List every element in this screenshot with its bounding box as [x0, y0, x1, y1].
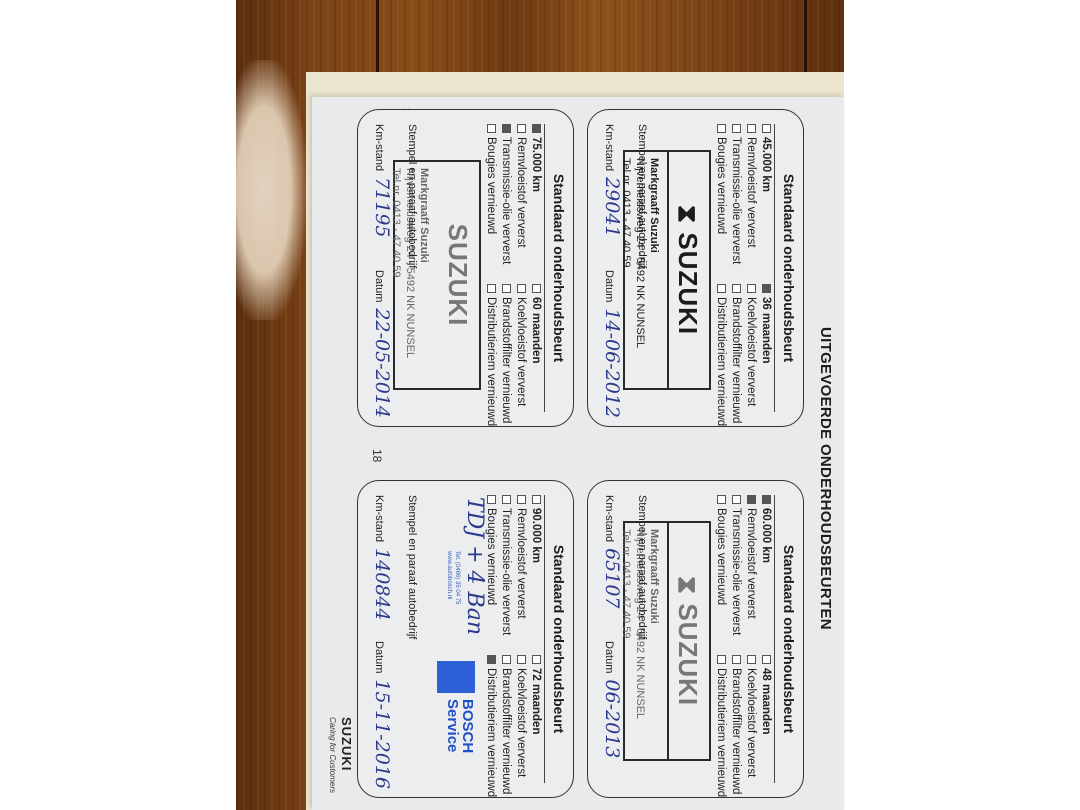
- dealer-name: Markgraaff Suzuki: [417, 168, 431, 358]
- date-field: Datum15-11-2016: [371, 641, 393, 789]
- date-field: Datum06-2013: [601, 641, 623, 758]
- brand-tagline: Caring for Customers: [328, 717, 337, 793]
- item-label: Remvloeistof ververst: [515, 137, 527, 248]
- item-label: Brandstoffilter vernieuwd: [730, 668, 742, 794]
- card-divider: [544, 124, 545, 412]
- checkbox[interactable]: [517, 284, 526, 293]
- checkbox[interactable]: [732, 655, 741, 664]
- suzuki-logo: ⧗ SUZUKI: [667, 523, 709, 759]
- checkbox[interactable]: [762, 655, 771, 664]
- card-months: 72 maanden: [530, 668, 542, 734]
- checkbox[interactable]: [502, 655, 511, 664]
- item-label: Bougies vernieuwd: [715, 137, 727, 234]
- checkbox[interactable]: [517, 124, 526, 133]
- checkbox[interactable]: [732, 495, 741, 504]
- service-card-60000: Standaard onderhoudsbeurt 60.000 km48 ma…: [587, 480, 804, 798]
- page-number: 18: [370, 449, 384, 462]
- km-value: 65107: [601, 548, 623, 608]
- km-value: 29041: [601, 177, 623, 237]
- suzuki-logo: SUZUKI: [437, 162, 479, 388]
- checkbox[interactable]: [762, 124, 771, 133]
- checkbox[interactable]: [762, 495, 771, 504]
- date-value: 14-06-2012: [601, 308, 623, 418]
- card-months: 60 maanden: [530, 297, 542, 363]
- date-value: 22-05-2014: [371, 308, 393, 418]
- date-field: Datum14-06-2012: [601, 270, 623, 418]
- item-label: Brandstoffilter vernieuwd: [500, 668, 512, 794]
- service-card-90000: Standaard onderhoudsbeurt 90.000 km72 ma…: [357, 480, 574, 798]
- service-card-75000: Standaard onderhoudsbeurt 75.000 km60 ma…: [357, 109, 574, 427]
- item-label: Koelvloeistof ververst: [515, 668, 527, 777]
- checkbox[interactable]: [747, 284, 756, 293]
- page-title: UITGEVOERDE ONDERHOUDSBEURTEN: [817, 327, 834, 630]
- item-label: Koelvloeistof ververst: [745, 297, 757, 406]
- item-label: Remvloeistof ververst: [745, 137, 757, 248]
- checkbox[interactable]: [717, 655, 726, 664]
- card-km: 45.000 km: [760, 137, 772, 192]
- card-title: Standaard onderhoudsbeurt: [551, 481, 567, 797]
- card-divider: [544, 495, 545, 783]
- date-value: 15-11-2016: [371, 679, 393, 789]
- card-months: 48 maanden: [760, 668, 772, 734]
- bosch-stamp-details: Tel. (0486) 35 04 75www.autobosch.nl: [445, 551, 461, 604]
- item-label: Distributieriem vernieuwd: [485, 297, 497, 426]
- item-label: Brandstoffilter vernieuwd: [730, 297, 742, 423]
- checkbox[interactable]: [532, 124, 541, 133]
- checkbox[interactable]: [747, 495, 756, 504]
- stamp-label: Stempel en paraaf autobedrijf: [406, 495, 418, 639]
- item-label: Transmissie-olie ververst: [730, 137, 742, 264]
- item-label: Distributieriem vernieuwd: [485, 668, 497, 797]
- paint-smear: [236, 60, 306, 320]
- item-label: Transmissie-olie ververst: [500, 508, 512, 635]
- checkbox[interactable]: [717, 495, 726, 504]
- card-km: 90.000 km: [530, 508, 542, 563]
- card-title: Standaard onderhoudsbeurt: [781, 110, 797, 426]
- checkbox[interactable]: [732, 284, 741, 293]
- item-label: Distributieriem vernieuwd: [715, 668, 727, 797]
- checkbox[interactable]: [517, 655, 526, 664]
- bosch-logo-text: BOSCHService: [445, 699, 475, 753]
- card-km: 75.000 km: [530, 137, 542, 192]
- item-label: Brandstoffilter vernieuwd: [500, 297, 512, 423]
- dealer-name: Markgraaff Suzuki: [647, 158, 661, 348]
- checkbox[interactable]: [747, 124, 756, 133]
- checkbox[interactable]: [487, 124, 496, 133]
- checkbox[interactable]: [487, 655, 496, 664]
- checkbox[interactable]: [502, 124, 511, 133]
- checkbox[interactable]: [517, 495, 526, 504]
- item-label: Remvloeistof ververst: [745, 508, 757, 619]
- dealer-name: Markgraaff Suzuki: [647, 529, 661, 719]
- handwritten-note: TDJ + 4 Ban: [462, 497, 487, 635]
- item-label: Koelvloeistof ververst: [745, 668, 757, 777]
- item-label: Distributieriem vernieuwd: [715, 297, 727, 426]
- item-label: Koelvloeistof ververst: [515, 297, 527, 406]
- date-field: Datum22-05-2014: [371, 270, 393, 418]
- card-months: 36 maanden: [760, 297, 772, 363]
- checkbox[interactable]: [762, 284, 771, 293]
- card-km: 60.000 km: [760, 508, 772, 563]
- km-value: 140844: [371, 548, 393, 621]
- checkbox[interactable]: [732, 124, 741, 133]
- card-title: Standaard onderhoudsbeurt: [551, 110, 567, 426]
- checkbox[interactable]: [717, 284, 726, 293]
- suzuki-brand: SUZUKI: [339, 717, 354, 771]
- card-divider: [774, 124, 775, 412]
- checkbox[interactable]: [532, 284, 541, 293]
- suzuki-logo: ⧗ SUZUKI: [667, 152, 709, 388]
- km-field: Km-stand71195: [371, 124, 393, 238]
- km-field: Km-stand65107: [601, 495, 623, 609]
- checkbox[interactable]: [532, 495, 541, 504]
- checkbox[interactable]: [487, 495, 496, 504]
- item-label: Bougies vernieuwd: [485, 137, 497, 234]
- service-card-45000: Standaard onderhoudsbeurt 45.000 km36 ma…: [587, 109, 804, 427]
- checkbox[interactable]: [532, 655, 541, 664]
- km-field: Km-stand140844: [371, 495, 393, 621]
- bosch-logo-square: [437, 661, 475, 693]
- item-label: Transmissie-olie ververst: [730, 508, 742, 635]
- date-value: 06-2013: [601, 679, 623, 758]
- stamp-label: Stempel en paraaf autobedrijf: [636, 124, 648, 268]
- item-label: Bougies vernieuwd: [715, 508, 727, 605]
- stamp-label: Stempel en paraaf autobedrijf: [636, 495, 648, 639]
- checkbox[interactable]: [747, 655, 756, 664]
- rotated-page-content: UITGEVOERDE ONDERHOUDSBEURTEN SUZUKI Sta…: [312, 97, 844, 810]
- km-field: Km-stand29041: [601, 124, 623, 238]
- checkbox[interactable]: [717, 124, 726, 133]
- card-divider: [774, 495, 775, 783]
- checkbox[interactable]: [487, 284, 496, 293]
- checkbox[interactable]: [502, 495, 511, 504]
- checkbox[interactable]: [502, 284, 511, 293]
- item-label: Transmissie-olie ververst: [500, 137, 512, 264]
- card-title: Standaard onderhoudsbeurt: [781, 481, 797, 797]
- item-label: Remvloeistof ververst: [515, 508, 527, 619]
- stamp-label: Stempel en paraaf autobedrijf: [406, 124, 418, 268]
- km-value: 71195: [371, 177, 393, 237]
